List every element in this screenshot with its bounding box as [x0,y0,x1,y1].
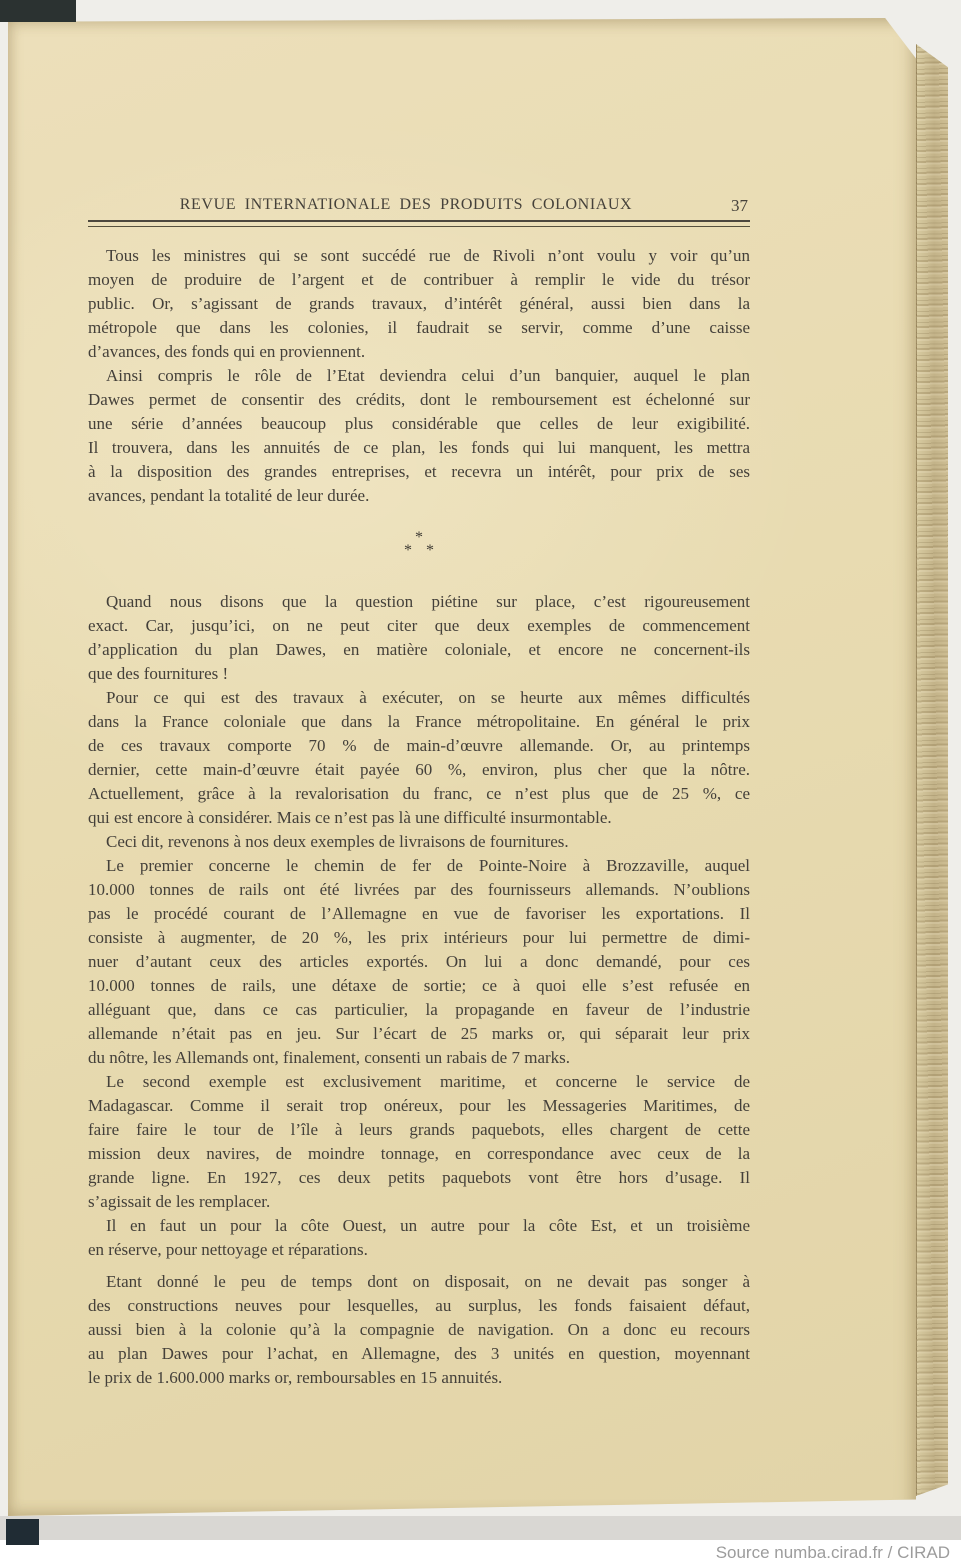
paragraph: Etant donné le peu de temps dont on disp… [88,1270,750,1390]
text-line: d’avances, des fonds qui en proviennent. [88,340,750,364]
text-line: grande ligne. En 1927, ces deux petits p… [88,1166,750,1190]
text-line: au plan Dawes pour l’achat, en Allemagne… [88,1342,750,1366]
text-line: Actuellement, grâce à la revalorisation … [88,782,750,806]
text-line: métropole que dans les colonies, il faud… [88,316,750,340]
text-line: Il trouvera, dans les annuités de ce pla… [88,436,750,460]
text-line: allemande n’était pas en jeu. Sur l’écar… [88,1022,750,1046]
text-line: exact. Car, jusqu’ici, on ne peut citer … [88,614,750,638]
source-credit: Source numba.cirad.fr / CIRAD [716,1540,950,1565]
text-line: 10.000 tonnes de rails ont été livrées p… [88,878,750,902]
text-line: en réserve, pour nettoyage et réparation… [88,1238,750,1262]
page-number: 37 [731,196,748,216]
text-line: Madagascar. Comme il serait trop onéreux… [88,1094,750,1118]
scanned-document: REVUE INTERNATIONALE DES PRODUITS COLONI… [0,0,961,1566]
text-line: Ceci dit, revenons à nos deux exemples d… [88,830,750,854]
paragraph: Tous les ministres qui se sont succédé r… [88,244,750,364]
text-line: moyen de produire de l’argent et de cont… [88,268,750,292]
text-line: à la disposition des grandes entreprises… [88,460,750,484]
text-line: Pour ce qui est des travaux à exécuter, … [88,686,750,710]
text-line: Le second exemple est exclusivement mari… [88,1070,750,1094]
text-line: du nôtre, les Allemands ont, finalement,… [88,1046,750,1070]
journal-title: REVUE INTERNATIONALE DES PRODUITS COLONI… [180,196,632,214]
text-line: Etant donné le peu de temps dont on disp… [88,1270,750,1294]
top-left-scanner-bar [0,0,76,22]
text-line: alléguant que, dans ce cas particulier, … [88,998,750,1022]
text-line: aussi bien à la colonie qu’à la compagni… [88,1318,750,1342]
paragraph: Quand nous disons que la question piétin… [88,590,750,686]
header-rule [88,220,750,227]
footer-bar: Source numba.cirad.fr / CIRAD [0,1540,961,1566]
text-line: nuer d’autant ceux des articles exportés… [88,950,750,974]
text-line: qui est encore à considérer. Mais ce n’e… [88,806,750,830]
below-page-strip [0,1516,961,1540]
text-line: une série d’années beaucoup plus considé… [88,412,750,436]
text-line: Dawes permet de consentir des crédits, d… [88,388,750,412]
text-line: public. Or, s’agissant de grands travaux… [88,292,750,316]
text-line: Quand nous disons que la question piétin… [88,590,750,614]
text-line: dernier, cette main-d’œuvre était payée … [88,758,750,782]
asterism-separator: ** * [88,508,750,590]
paragraph: Pour ce qui est des travaux à exécuter, … [88,686,750,830]
text-line: consiste à augmenter, de 20 %, les prix … [88,926,750,950]
paragraph: Ainsi compris le rôle de l’Etat deviendr… [88,364,750,508]
text-line: s’agissait de les remplacer. [88,1190,750,1214]
text-line: mission deux navires, de moindre tonnage… [88,1142,750,1166]
text-line: dans la France coloniale que dans la Fra… [88,710,750,734]
text-line: de ces travaux comporte 70 % de main-d’œ… [88,734,750,758]
text-line: faire faire le tour de l’île à leurs gra… [88,1118,750,1142]
text-line: avances, pendant la totalité de leur dur… [88,484,750,508]
paragraph: Il en faut un pour la côte Ouest, un aut… [88,1214,750,1262]
text-line: Ainsi compris le rôle de l’Etat deviendr… [88,364,750,388]
text-line: des constructions neuves pour lesquelles… [88,1294,750,1318]
book-page: REVUE INTERNATIONALE DES PRODUITS COLONI… [8,18,916,1516]
body-text: Tous les ministres qui se sont succédé r… [88,244,750,1390]
text-line: Tous les ministres qui se sont succédé r… [88,244,750,268]
text-line: le prix de 1.600.000 marks or, remboursa… [88,1366,750,1390]
text-line: que des fournitures ! [88,662,750,686]
paragraph: Ceci dit, revenons à nos deux exemples d… [88,830,750,854]
paragraph: Le second exemple est exclusivement mari… [88,1070,750,1214]
book-page-edges [916,44,948,1496]
running-header: REVUE INTERNATIONALE DES PRODUITS COLONI… [88,196,750,220]
paragraph: Le premier concerne le chemin de fer de … [88,854,750,1070]
text-line: d’application du plan Dawes, en matière … [88,638,750,662]
text-line: 10.000 tonnes de rails, une détaxe de so… [88,974,750,998]
text-line: Il en faut un pour la côte Ouest, un aut… [88,1214,750,1238]
bottom-left-scanner-bar [6,1519,39,1545]
text-line: Le premier concerne le chemin de fer de … [88,854,750,878]
text-line: pas le procédé courant de l’Allemagne en… [88,902,750,926]
